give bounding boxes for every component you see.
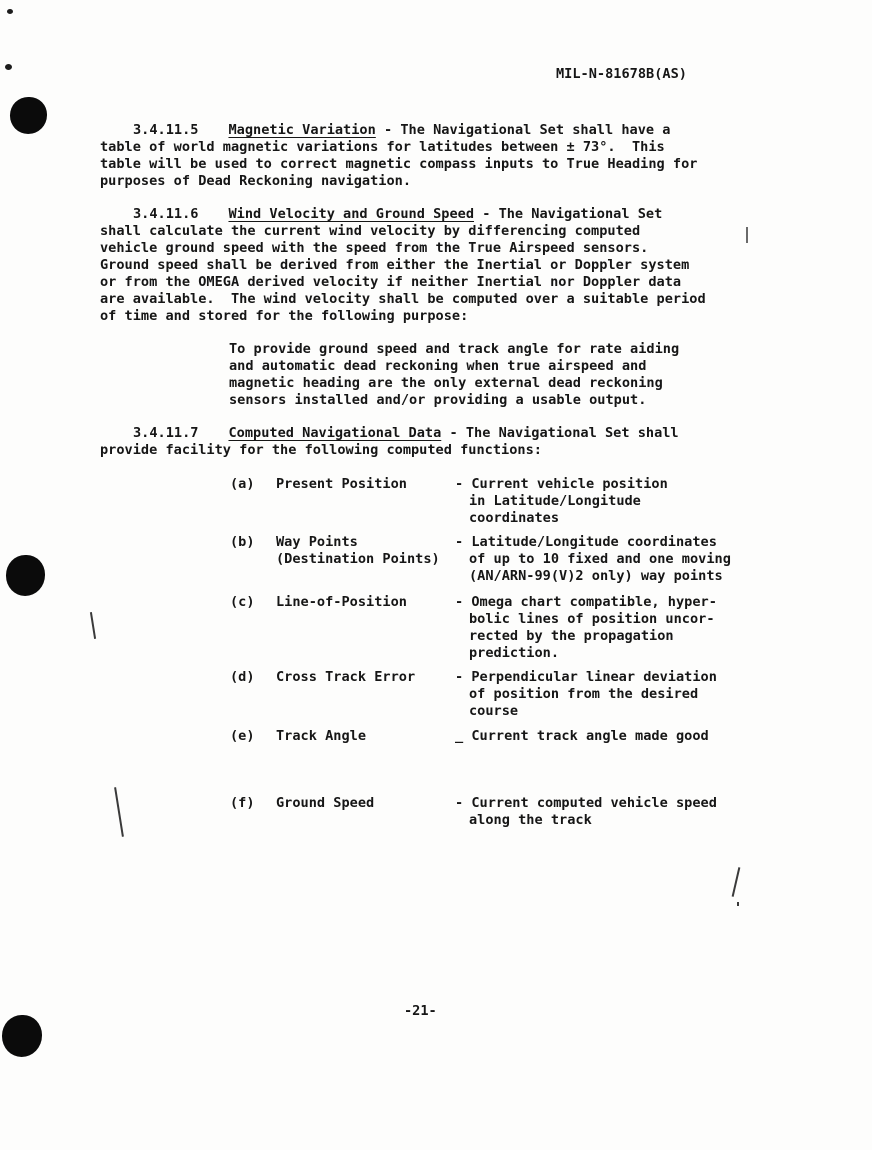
- item-desc-line: of position from the desired: [455, 686, 717, 703]
- body-line: vehicle ground speed with the speed from…: [100, 240, 706, 257]
- list-item-f: (f) Ground Speed - Current computed vehi…: [230, 795, 717, 829]
- item-desc-line: in Latitude/Longitude: [455, 493, 668, 510]
- item-desc-line: _ Current track angle made good: [455, 728, 709, 745]
- ink-speck: [7, 9, 13, 14]
- item-desc-line: prediction.: [455, 645, 717, 662]
- section-heading-line: 3.4.11.5Magnetic Variation - The Navigat…: [133, 122, 697, 139]
- item-label-line: Way Points: [276, 534, 455, 551]
- item-description: _ Current track angle made good: [455, 728, 709, 745]
- item-description: - Current computed vehicle speed along t…: [455, 795, 717, 829]
- section-magnetic-variation: 3.4.11.5Magnetic Variation - The Navigat…: [100, 122, 697, 190]
- body-line: Ground speed shall be derived from eithe…: [100, 257, 706, 274]
- item-description: - Perpendicular linear deviation of posi…: [455, 669, 717, 720]
- section-heading-line: 3.4.11.7Computed Navigational Data - The…: [133, 425, 679, 442]
- section-heading-rest: - The Navigational Set shall have a: [376, 122, 671, 138]
- list-item-d: (d) Cross Track Error - Perpendicular li…: [230, 669, 717, 720]
- item-desc-line: of up to 10 fixed and one moving: [455, 551, 731, 568]
- ink-stroke: [90, 612, 96, 639]
- ink-stroke: [732, 867, 741, 897]
- section-number: 3.4.11.7: [133, 425, 198, 441]
- item-marker: (b): [230, 534, 276, 551]
- punch-hole-dot: [2, 1015, 42, 1057]
- section-heading-rest: - The Navigational Set: [474, 206, 662, 222]
- item-desc-line: - Current computed vehicle speed: [455, 795, 717, 812]
- page-number: -21-: [404, 1003, 437, 1020]
- item-marker: (c): [230, 594, 276, 611]
- item-desc-line: course: [455, 703, 717, 720]
- body-line: purposes of Dead Reckoning navigation.: [100, 173, 697, 190]
- scanned-document-page: MIL-N-81678B(AS) 3.4.11.5Magnetic Variat…: [0, 0, 872, 1150]
- item-desc-line: rected by the propagation: [455, 628, 717, 645]
- body-line: shall calculate the current wind velocit…: [100, 223, 706, 240]
- item-desc-line: - Current vehicle position: [455, 476, 668, 493]
- item-label-line: Cross Track Error: [276, 669, 455, 686]
- section-title: Magnetic Variation: [228, 122, 375, 138]
- body-line: and automatic dead reckoning when true a…: [229, 358, 679, 375]
- section-title: Computed Navigational Data: [228, 425, 441, 441]
- item-label: Ground Speed: [276, 795, 455, 812]
- body-line: table of world magnetic variations for l…: [100, 139, 697, 156]
- item-desc-line: along the track: [455, 812, 717, 829]
- item-label-line: (Destination Points): [276, 551, 455, 568]
- item-label-line: Line-of-Position: [276, 594, 455, 611]
- item-desc-line: bolic lines of position uncor-: [455, 611, 717, 628]
- ink-stroke: [746, 227, 748, 243]
- punch-hole-dot: [6, 555, 45, 596]
- item-marker: (f): [230, 795, 276, 812]
- item-label: Way Points (Destination Points): [276, 534, 455, 568]
- body-line: are available. The wind velocity shall b…: [100, 291, 706, 308]
- item-description: - Current vehicle position in Latitude/L…: [455, 476, 668, 527]
- ink-stroke: [114, 787, 124, 837]
- item-label: Cross Track Error: [276, 669, 455, 686]
- section-number: 3.4.11.6: [133, 206, 198, 222]
- punch-hole-dot: [10, 97, 47, 134]
- body-line: table will be used to correct magnetic c…: [100, 156, 697, 173]
- item-desc-line: - Omega chart compatible, hyper-: [455, 594, 717, 611]
- ink-speck: [737, 902, 739, 906]
- section-number: 3.4.11.5: [133, 122, 198, 138]
- section-computed-nav-data: 3.4.11.7Computed Navigational Data - The…: [100, 425, 679, 459]
- body-line: To provide ground speed and track angle …: [229, 341, 679, 358]
- item-marker: (a): [230, 476, 276, 493]
- item-description: - Omega chart compatible, hyper- bolic l…: [455, 594, 717, 662]
- body-line: provide facility for the following compu…: [100, 442, 679, 459]
- item-label: Present Position: [276, 476, 455, 493]
- list-item-a: (a) Present Position - Current vehicle p…: [230, 476, 668, 527]
- item-label: Line-of-Position: [276, 594, 455, 611]
- item-label: Track Angle: [276, 728, 455, 745]
- document-id: MIL-N-81678B(AS): [556, 66, 687, 83]
- item-description: - Latitude/Longitude coordinates of up t…: [455, 534, 731, 585]
- body-line: magnetic heading are the only external d…: [229, 375, 679, 392]
- section-wind-velocity: 3.4.11.6Wind Velocity and Ground Speed -…: [100, 206, 706, 325]
- section-title: Wind Velocity and Ground Speed: [228, 206, 474, 222]
- section-heading-rest: - The Navigational Set shall: [441, 425, 678, 441]
- ink-speck: [5, 64, 12, 70]
- item-label-line: Track Angle: [276, 728, 455, 745]
- purpose-paragraph: To provide ground speed and track angle …: [229, 341, 679, 409]
- item-label-line: Present Position: [276, 476, 455, 493]
- list-item-b: (b) Way Points (Destination Points) - La…: [230, 534, 731, 585]
- item-desc-line: (AN/ARN-99(V)2 only) way points: [455, 568, 731, 585]
- section-heading-line: 3.4.11.6Wind Velocity and Ground Speed -…: [133, 206, 706, 223]
- item-desc-line: - Latitude/Longitude coordinates: [455, 534, 731, 551]
- body-line: or from the OMEGA derived velocity if ne…: [100, 274, 706, 291]
- item-desc-line: - Perpendicular linear deviation: [455, 669, 717, 686]
- list-item-e: (e) Track Angle _ Current track angle ma…: [230, 728, 709, 745]
- item-desc-line: coordinates: [455, 510, 668, 527]
- item-marker: (e): [230, 728, 276, 745]
- item-label-line: Ground Speed: [276, 795, 455, 812]
- list-item-c: (c) Line-of-Position - Omega chart compa…: [230, 594, 717, 662]
- item-marker: (d): [230, 669, 276, 686]
- body-line: of time and stored for the following pur…: [100, 308, 706, 325]
- body-line: sensors installed and/or providing a usa…: [229, 392, 679, 409]
